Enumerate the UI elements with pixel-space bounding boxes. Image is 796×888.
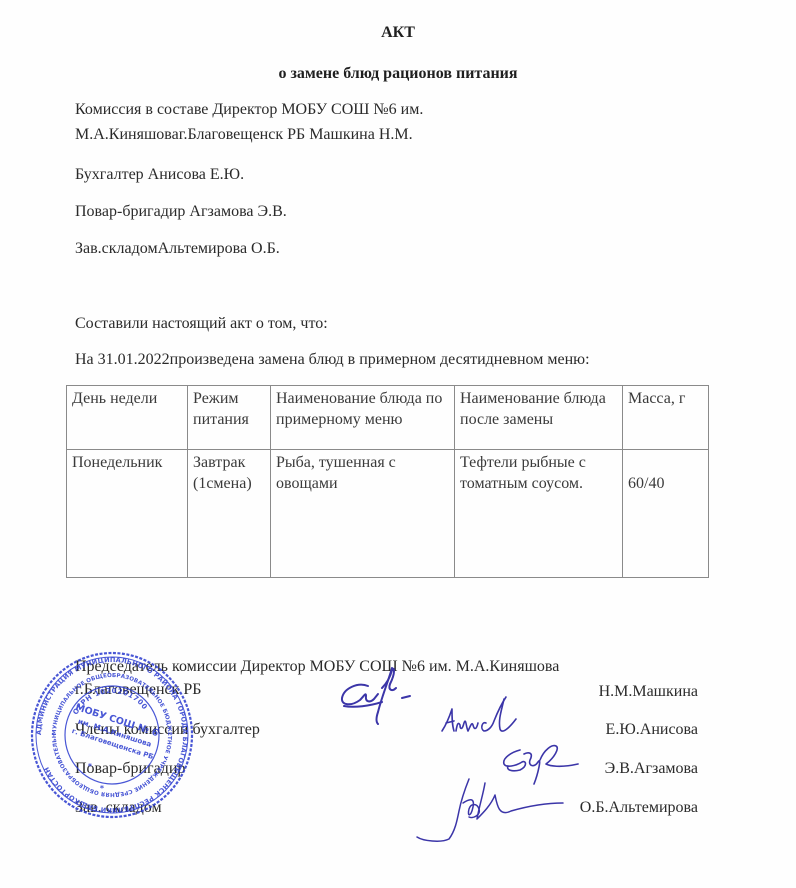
document-title: АКТ <box>0 24 796 42</box>
member-cook: Повар-бригадир Агзамова Э.В. <box>75 202 287 222</box>
header-meal: Режим питания <box>188 386 271 450</box>
header-day: День недели <box>67 386 188 450</box>
accountant-name: Е.Ю.Анисова <box>606 720 698 740</box>
cell-replacement-dish: Тефтели рыбные с томатным соусом. <box>455 450 623 578</box>
accountant-signature-icon <box>440 695 530 745</box>
document-subtitle: о замене блюд рационов питания <box>0 65 796 83</box>
storekeeper-name: О.Б.Альтемирова <box>580 798 698 818</box>
replacement-note: На 31.01.2022произведена замена блюд в п… <box>75 350 590 370</box>
chairman-name: Н.М.Машкина <box>599 682 698 702</box>
chairman-signature-icon <box>330 666 420 726</box>
table-header-row: День недели Режим питания Наименование б… <box>67 386 709 450</box>
header-mass: Масса, г <box>623 386 709 450</box>
cell-day: Понедельник <box>67 450 188 578</box>
storekeeper-signature-icon <box>415 773 565 843</box>
header-original-dish: Наименование блюда по примерному меню <box>271 386 455 450</box>
document-page: АКТ о замене блюд рационов питания Комис… <box>0 0 796 888</box>
official-stamp-icon: АДМИНИСТРАЦИЯ МУНИЦИПАЛЬНОГО РАЙОНА ГОРО… <box>30 651 194 819</box>
member-storekeeper: Зав.складомАльтемирова О.Б. <box>75 239 280 259</box>
header-replacement-dish: Наименование блюда после замены <box>455 386 623 450</box>
commission-intro-line1: Комиссия в составе Директор МОБУ СОШ №6 … <box>75 100 423 120</box>
mass-value: 60/40 <box>628 473 703 494</box>
member-accountant: Бухгалтер Анисова Е.Ю. <box>75 165 244 185</box>
commission-intro-line2: М.А.Киняшоваг.Благовещенск РБ Машкина Н.… <box>75 125 413 145</box>
svg-text:*: * <box>88 762 93 771</box>
cook-name: Э.В.Агзамова <box>605 759 698 779</box>
table-row: Понедельник Завтрак (1смена) Рыба, тушен… <box>67 450 709 578</box>
cell-meal: Завтрак (1смена) <box>188 450 271 578</box>
cell-mass: 60/40 <box>623 450 709 578</box>
menu-replacement-table: День недели Режим питания Наименование б… <box>66 385 709 578</box>
statement-text: Составили настоящий акт о том, что: <box>75 314 328 334</box>
cell-original-dish: Рыба, тушенная с овощами <box>271 450 455 578</box>
